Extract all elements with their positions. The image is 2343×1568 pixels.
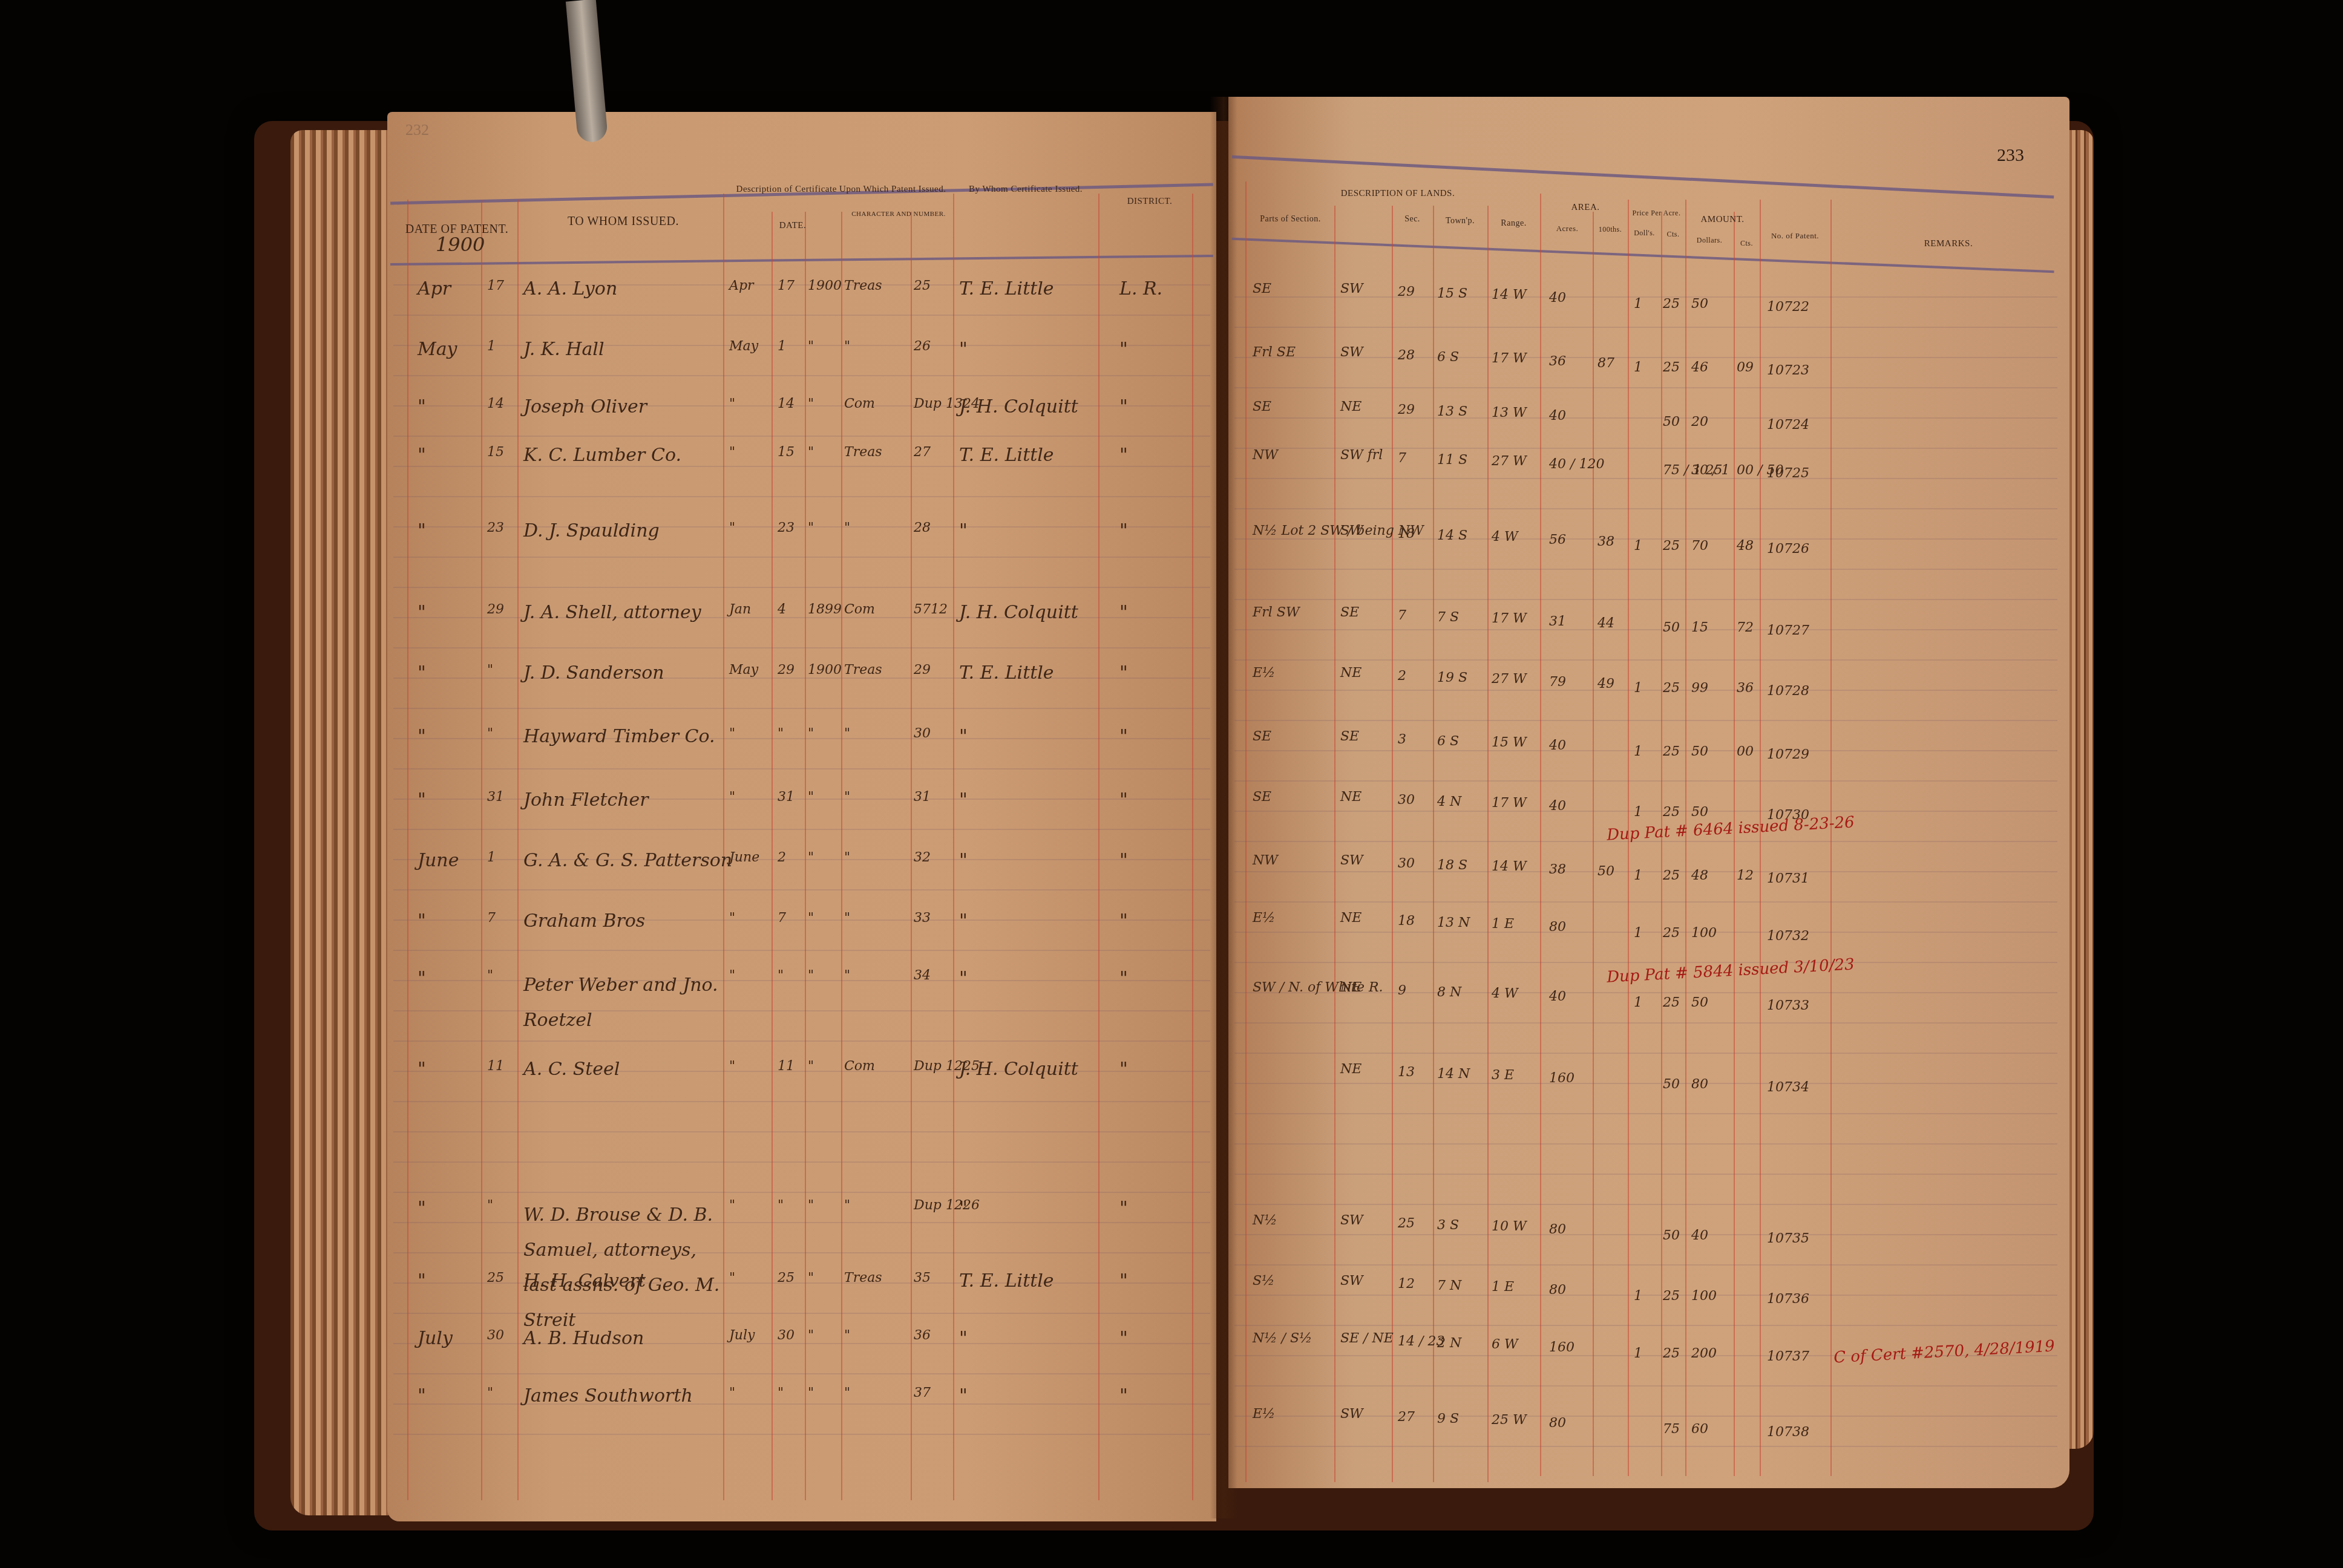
entry-district: " [1119, 1198, 1128, 1219]
entry-issued-by: T. E. Little [959, 278, 1054, 299]
entry-day: 29 [487, 602, 504, 617]
entry-issued-by: " [959, 968, 968, 989]
entry-township: 9 S [1437, 1411, 1459, 1426]
entry-patent-number: 10736 [1767, 1292, 1809, 1307]
entry-price-cents: 75 [1663, 1422, 1680, 1437]
entry-cert-month: May [729, 339, 758, 354]
entry-cert-day: " [778, 1198, 784, 1213]
entry-acres: 38 [1549, 862, 1566, 877]
entry-township: 14 N [1437, 1067, 1470, 1082]
entry-patent-number: 10723 [1767, 363, 1809, 378]
ruling-line [393, 1252, 1210, 1253]
entry-part-of-section-2: SE [1340, 605, 1359, 620]
entry-cert-day: 31 [778, 789, 795, 805]
ruling-line [393, 1434, 1210, 1435]
entry-range: 15 W [1492, 735, 1527, 750]
ruling-line [1234, 780, 2057, 782]
entry-range: 17 W [1492, 611, 1527, 626]
ruling-line [393, 768, 1210, 769]
entry-cert-day: " [778, 968, 784, 983]
ruling-line [393, 284, 1210, 286]
entry-part-of-section-2: SE [1340, 729, 1359, 744]
entry-month: " [418, 520, 426, 541]
entry-township: 7 S [1437, 610, 1459, 625]
header-amount: AMOUNT. [1685, 215, 1760, 225]
entry-price-cents: 50 [1663, 620, 1680, 635]
entry-part-of-section-2: SW [1340, 281, 1363, 296]
entry-cert-month: May [729, 662, 758, 678]
entry-amount-dollars: 100 [1691, 926, 1717, 941]
entry-part-of-section: E½ [1253, 1406, 1275, 1422]
entry-patent-number: 10724 [1767, 417, 1809, 433]
entry-cert-month: " [729, 910, 735, 926]
rule [517, 200, 519, 1500]
header-area: AREA. [1543, 203, 1628, 213]
entry-township: 11 S [1437, 452, 1467, 468]
ruling-line [393, 1071, 1210, 1072]
entry-amount-dollars: 46 [1691, 360, 1708, 375]
entry-acres: 160 [1549, 1340, 1575, 1355]
entry-district: " [1119, 1328, 1128, 1349]
entry-cert-number: 5712 [914, 602, 948, 617]
entry-township: 13 N [1437, 915, 1470, 930]
ruling-line [1234, 720, 2057, 721]
entry-price-dollars: 1 [1634, 868, 1642, 883]
entry-month: " [418, 968, 426, 989]
rule [1661, 212, 1662, 1476]
entry-cert-day: 25 [778, 1270, 795, 1285]
entry-amount-cents: 12 [1737, 868, 1754, 883]
entry-district: " [1119, 1385, 1128, 1406]
entry-month: " [418, 726, 426, 747]
entry-section: 7 [1398, 608, 1406, 623]
ruling-line [393, 1343, 1210, 1344]
entry-cert-character: Treas [844, 445, 882, 460]
entry-part-of-section-2: NE [1340, 665, 1362, 681]
entry-district: " [1119, 520, 1128, 541]
entry-cert-number: 35 [914, 1270, 931, 1285]
entry-price-dollars: 1 [1634, 296, 1642, 312]
entry-price-cents: 25 [1663, 681, 1680, 696]
entry-price-cents: 25 [1663, 1289, 1680, 1304]
left-page-stack [290, 130, 390, 1515]
entry-hundredths: 44 [1597, 616, 1614, 631]
entry-hundredths: 50 [1597, 864, 1614, 879]
entry-amount-dollars: 30 / 1 [1691, 463, 1729, 478]
entry-cert-number: 33 [914, 910, 931, 926]
ruling-line [393, 1131, 1210, 1132]
entry-acres: 56 [1549, 532, 1566, 547]
rule [1192, 194, 1193, 1500]
ruling-line [393, 1403, 1210, 1405]
entry-day: " [487, 662, 493, 678]
entry-month: June [418, 850, 459, 871]
entry-cert-character: Com [844, 396, 875, 411]
entry-cert-number: 27 [914, 445, 931, 460]
entry-cert-character: " [844, 726, 850, 741]
ruling-line [393, 738, 1210, 739]
entry-amount-dollars: 100 [1691, 1289, 1717, 1304]
ruling-line [1234, 750, 2057, 751]
header-remarks: REMARKS. [1876, 239, 2021, 249]
ruling-line [1234, 1174, 2057, 1175]
entry-cert-day: 1 [778, 339, 786, 354]
entry-amount-dollars: 200 [1691, 1346, 1717, 1361]
header-certificate-description: Description of Certificate Upon Which Pa… [729, 185, 953, 195]
rule [481, 200, 482, 1500]
entry-acres: 80 [1549, 1416, 1566, 1431]
entry-issued-by: " [959, 726, 968, 747]
entry-issued-by: " [959, 339, 968, 360]
entry-district: " [1119, 1270, 1128, 1292]
entry-cert-year: " [808, 789, 814, 805]
entry-township: 6 S [1437, 734, 1459, 749]
entry-part-of-section: SE [1253, 789, 1271, 805]
entry-district: " [1119, 726, 1128, 747]
entry-day: 14 [487, 396, 504, 411]
rule [1433, 206, 1434, 1482]
header-parts-of-section: Parts of Section. [1247, 215, 1334, 224]
entry-month: " [418, 1385, 426, 1406]
entry-acres: 40 [1549, 989, 1566, 1004]
entry-district: " [1119, 445, 1128, 466]
entry-amount-dollars: 99 [1691, 681, 1708, 696]
entry-patent-number: 10727 [1767, 623, 1809, 638]
entry-section: 18 [1398, 913, 1415, 929]
entry-name: John Fletcher [523, 789, 649, 811]
entry-acres: 40 [1549, 408, 1566, 423]
entry-patent-number: 10728 [1767, 684, 1809, 699]
entry-cert-day: " [778, 1385, 784, 1400]
ruling-line [1234, 1113, 2057, 1114]
entry-cert-character: " [844, 1385, 850, 1400]
entry-price-cents: 25 [1663, 868, 1680, 883]
entry-amount-dollars: 50 [1691, 805, 1708, 820]
entry-part-of-section-2: SW [1340, 1273, 1363, 1289]
entry-range: 27 W [1492, 454, 1527, 469]
entry-part-of-section-2: NE [1340, 910, 1362, 926]
entry-price-dollars: 1 [1634, 360, 1642, 375]
header-township: Town'p. [1433, 217, 1487, 226]
header-character-number: CHARACTER AND NUMBER. [844, 211, 953, 218]
ruling-line [393, 617, 1210, 618]
entry-price-cents: 25 [1663, 296, 1680, 312]
ruling-line [1234, 1143, 2057, 1145]
rule [1593, 212, 1594, 1476]
entry-acres: 80 [1549, 1222, 1566, 1237]
entry-issued-by: T. E. Little [959, 662, 1054, 684]
entry-hundredths: 38 [1597, 534, 1614, 549]
entry-cert-character: " [844, 1328, 850, 1343]
entry-day: " [487, 1385, 493, 1400]
entry-price-cents: 50 [1663, 1077, 1680, 1092]
entry-range: 1 E [1492, 1279, 1514, 1295]
entry-amount-cents: 48 [1737, 538, 1754, 554]
ruling-line [1234, 1446, 2057, 1447]
entry-name: James Southworth [523, 1385, 693, 1406]
entry-cert-day: 2 [778, 850, 786, 865]
entry-cert-number: 36 [914, 1328, 931, 1343]
header-description-of-lands: DESCRIPTION OF LANDS. [1295, 189, 1501, 199]
entry-section: 29 [1398, 284, 1415, 299]
entry-district: " [1119, 339, 1128, 360]
entry-section: 2 [1398, 668, 1406, 684]
entry-cert-month: " [729, 396, 735, 411]
entry-month: July [418, 1328, 453, 1349]
entry-name: D. J. Spaulding [523, 520, 660, 541]
entry-range: 6 W [1492, 1337, 1518, 1352]
entry-name: J. A. Shell, attorney [523, 602, 701, 623]
header-price-cts: Cts. [1661, 230, 1685, 239]
entry-district: " [1119, 910, 1128, 932]
entry-name: A. A. Lyon [523, 278, 617, 299]
entry-price-dollars: 1 [1634, 926, 1642, 941]
entry-amount-dollars: 40 [1691, 1228, 1708, 1243]
entry-cert-day: 17 [778, 278, 795, 293]
entry-patent-number: 10734 [1767, 1080, 1809, 1095]
header-price-dolls: Doll's. [1628, 229, 1661, 238]
entry-acres: 40 / 120 [1549, 457, 1604, 472]
ruling-line [393, 678, 1210, 679]
entry-day: 17 [487, 278, 504, 293]
entry-part-of-section: E½ [1253, 665, 1275, 681]
entry-district: " [1119, 1059, 1128, 1080]
entry-cert-month: July [729, 1328, 755, 1343]
entry-range: 4 W [1492, 986, 1518, 1001]
entry-township: 18 S [1437, 858, 1467, 873]
ruling-line [1234, 1264, 2057, 1266]
entry-section: 30 [1398, 792, 1415, 808]
entry-name: A. C. Steel [523, 1059, 620, 1080]
entry-name: H. H. Calvert [523, 1270, 646, 1292]
entry-cert-month: " [729, 789, 735, 805]
entry-price-dollars: 1 [1634, 681, 1642, 696]
entry-patent-number: 10738 [1767, 1425, 1809, 1440]
entry-cert-year: " [808, 910, 814, 926]
entry-part-of-section-2: NE [1340, 399, 1362, 414]
entry-issued-by: " [959, 1198, 968, 1219]
entry-cert-year: 1900 [808, 662, 842, 678]
entry-district: " [1119, 850, 1128, 871]
header-sec: Sec. [1392, 215, 1433, 224]
entry-name: G. A. & G. S. Patterson [523, 850, 732, 871]
entry-cert-character: Com [844, 1059, 875, 1074]
ruling-line [1234, 1053, 2057, 1054]
entry-month: " [418, 1059, 426, 1080]
ruling-line [1234, 1385, 2057, 1387]
entry-cert-month: " [729, 445, 735, 460]
ruling-line [1234, 538, 2057, 540]
header-to-whom-issued: TO WHOM ISSUED. [532, 215, 714, 229]
entry-township: 2 N [1437, 1336, 1461, 1351]
entry-range: 13 W [1492, 405, 1527, 420]
entry-day: 1 [487, 850, 496, 865]
entry-range: 14 W [1492, 287, 1527, 302]
entry-township: 6 S [1437, 350, 1459, 365]
entry-cert-month: " [729, 726, 735, 741]
entry-cert-year: " [808, 1328, 814, 1343]
entry-issued-by: J. H. Colquitt [959, 396, 1078, 417]
entry-part-of-section-2: SW [1340, 1406, 1363, 1422]
entry-issued-by: " [959, 850, 968, 871]
ruling-line [1234, 1204, 2057, 1205]
ruling-line [393, 587, 1210, 588]
entry-price-cents: 25 [1663, 538, 1680, 554]
entry-cert-day: 23 [778, 520, 795, 535]
ruling-line [393, 557, 1210, 558]
entry-cert-year: " [808, 1059, 814, 1074]
entry-township: 3 S [1437, 1218, 1459, 1233]
rule [1760, 200, 1761, 1476]
entry-month: " [418, 662, 426, 684]
entry-district: " [1119, 968, 1128, 989]
entry-month: " [418, 910, 426, 932]
entry-range: 4 W [1492, 529, 1518, 544]
ruling-line [1234, 932, 2057, 933]
rule [1734, 212, 1735, 1476]
ruling-line [1234, 1325, 2057, 1326]
entry-issued-by: " [959, 520, 968, 541]
entry-day: " [487, 968, 493, 983]
entry-cert-character: Com [844, 602, 875, 617]
ruling-line [1234, 1022, 2057, 1024]
entry-cert-month: Jan [729, 602, 751, 617]
rule [1392, 206, 1393, 1482]
entry-part-of-section-2: SW [1340, 345, 1363, 360]
ruling-line [1234, 659, 2057, 661]
entry-price-dollars: 1 [1634, 1289, 1642, 1304]
entry-part-of-section: NW [1253, 448, 1278, 463]
entry-cert-year: " [808, 726, 814, 741]
entry-amount-dollars: 50 [1691, 995, 1708, 1010]
entry-issued-by: T. E. Little [959, 1270, 1054, 1292]
ruling-line [1234, 296, 2057, 298]
entry-cert-number: 29 [914, 662, 931, 678]
ruling-line [393, 1161, 1210, 1163]
ruling-line [393, 315, 1210, 316]
entry-issued-by: T. E. Little [959, 445, 1054, 466]
entry-patent-number: 10731 [1767, 871, 1809, 886]
entry-day: " [487, 1198, 493, 1213]
entry-part-of-section-2: SW [1340, 523, 1363, 538]
entry-range: 17 W [1492, 351, 1527, 366]
entry-day: 23 [487, 520, 504, 535]
ruling-line [1234, 629, 2057, 630]
entry-cert-year: " [808, 339, 814, 354]
ruling-line [1234, 417, 2057, 419]
entry-issued-by: J. H. Colquitt [959, 602, 1078, 623]
entry-cert-character: Treas [844, 662, 882, 678]
entry-section: 29 [1398, 402, 1415, 417]
entry-hundredths: 49 [1597, 676, 1614, 691]
entry-amount-dollars: 20 [1691, 414, 1708, 430]
entry-patent-number: 10735 [1767, 1231, 1809, 1246]
entry-range: 10 W [1492, 1219, 1527, 1234]
rule [1540, 194, 1541, 1476]
entry-cert-character: " [844, 850, 850, 865]
ruling-line [393, 920, 1210, 921]
entry-issued-by: " [959, 910, 968, 932]
left-page [387, 112, 1216, 1521]
entry-cert-month: " [729, 520, 735, 535]
entry-cert-number: 34 [914, 968, 931, 983]
header-hundredths: 100ths. [1593, 225, 1628, 234]
entry-cert-month: June [729, 850, 759, 865]
entry-price-cents: 25 [1663, 1346, 1680, 1361]
entry-cert-number: 25 [914, 278, 931, 293]
rule [1245, 181, 1247, 1482]
entry-district: L. R. [1119, 278, 1162, 299]
entry-cert-day: 7 [778, 910, 786, 926]
ruling-line [1234, 690, 2057, 691]
entry-amount-cents: 00 [1737, 744, 1754, 759]
entry-acres: 79 [1549, 675, 1566, 690]
page-number: 233 [1997, 145, 2024, 166]
entry-district: " [1119, 396, 1128, 417]
entry-cert-year: " [808, 396, 814, 411]
entry-day: 31 [487, 789, 504, 805]
entry-price-dollars: 1 [1634, 538, 1642, 554]
entry-cert-year: " [808, 968, 814, 983]
entry-price-dollars: 1 [1634, 995, 1642, 1010]
ruling-line [393, 1010, 1210, 1011]
rule [1830, 200, 1832, 1476]
entry-patent-number: 10729 [1767, 747, 1809, 762]
ruling-line [1234, 1083, 2057, 1084]
ruling-line [393, 889, 1210, 890]
entry-part-of-section-2: NE [1340, 980, 1362, 995]
entry-acres: 80 [1549, 920, 1566, 935]
entry-part-of-section-2: SW [1340, 1213, 1363, 1228]
entry-cert-month: " [729, 1059, 735, 1074]
entry-price-cents: 50 [1663, 414, 1680, 430]
entry-patent-number: 10737 [1767, 1349, 1809, 1364]
entry-day: 1 [487, 339, 496, 354]
ruling-line [393, 1313, 1210, 1314]
entry-part-of-section-2: SE / NE [1340, 1331, 1394, 1346]
ruling-line [393, 859, 1210, 860]
entry-cert-day: 4 [778, 602, 786, 617]
entry-patent-number: 10722 [1767, 299, 1809, 315]
entry-part-of-section: SE [1253, 729, 1271, 744]
entry-township: 19 S [1437, 670, 1467, 685]
entry-name: A. B. Hudson [523, 1328, 644, 1349]
entry-cert-year: 1899 [808, 602, 842, 617]
entry-part-of-section: N½ [1253, 1213, 1277, 1228]
entry-section: 25 [1398, 1216, 1415, 1231]
entry-price-cents: 25 [1663, 995, 1680, 1010]
rule [1487, 206, 1489, 1482]
entry-cert-year: " [808, 445, 814, 460]
entry-section: 13 [1398, 1065, 1415, 1080]
entry-part-of-section: SE [1253, 281, 1271, 296]
entry-section: 3 [1398, 732, 1406, 747]
entry-cert-character: " [844, 789, 850, 805]
entry-day: " [487, 726, 493, 741]
entry-month: " [418, 396, 426, 417]
entry-price-cents: 25 [1663, 805, 1680, 820]
entry-acres: 40 [1549, 290, 1566, 305]
entry-name: Joseph Oliver [523, 396, 647, 417]
entry-district: " [1119, 789, 1128, 811]
entry-cert-number: 32 [914, 850, 931, 865]
header-cert-date: DATE. [756, 221, 829, 231]
entry-cert-day: 29 [778, 662, 795, 678]
ruling-line [1234, 599, 2057, 600]
ruling-line [1234, 569, 2057, 570]
entry-range: 27 W [1492, 671, 1527, 687]
entry-issued-by: " [959, 789, 968, 811]
